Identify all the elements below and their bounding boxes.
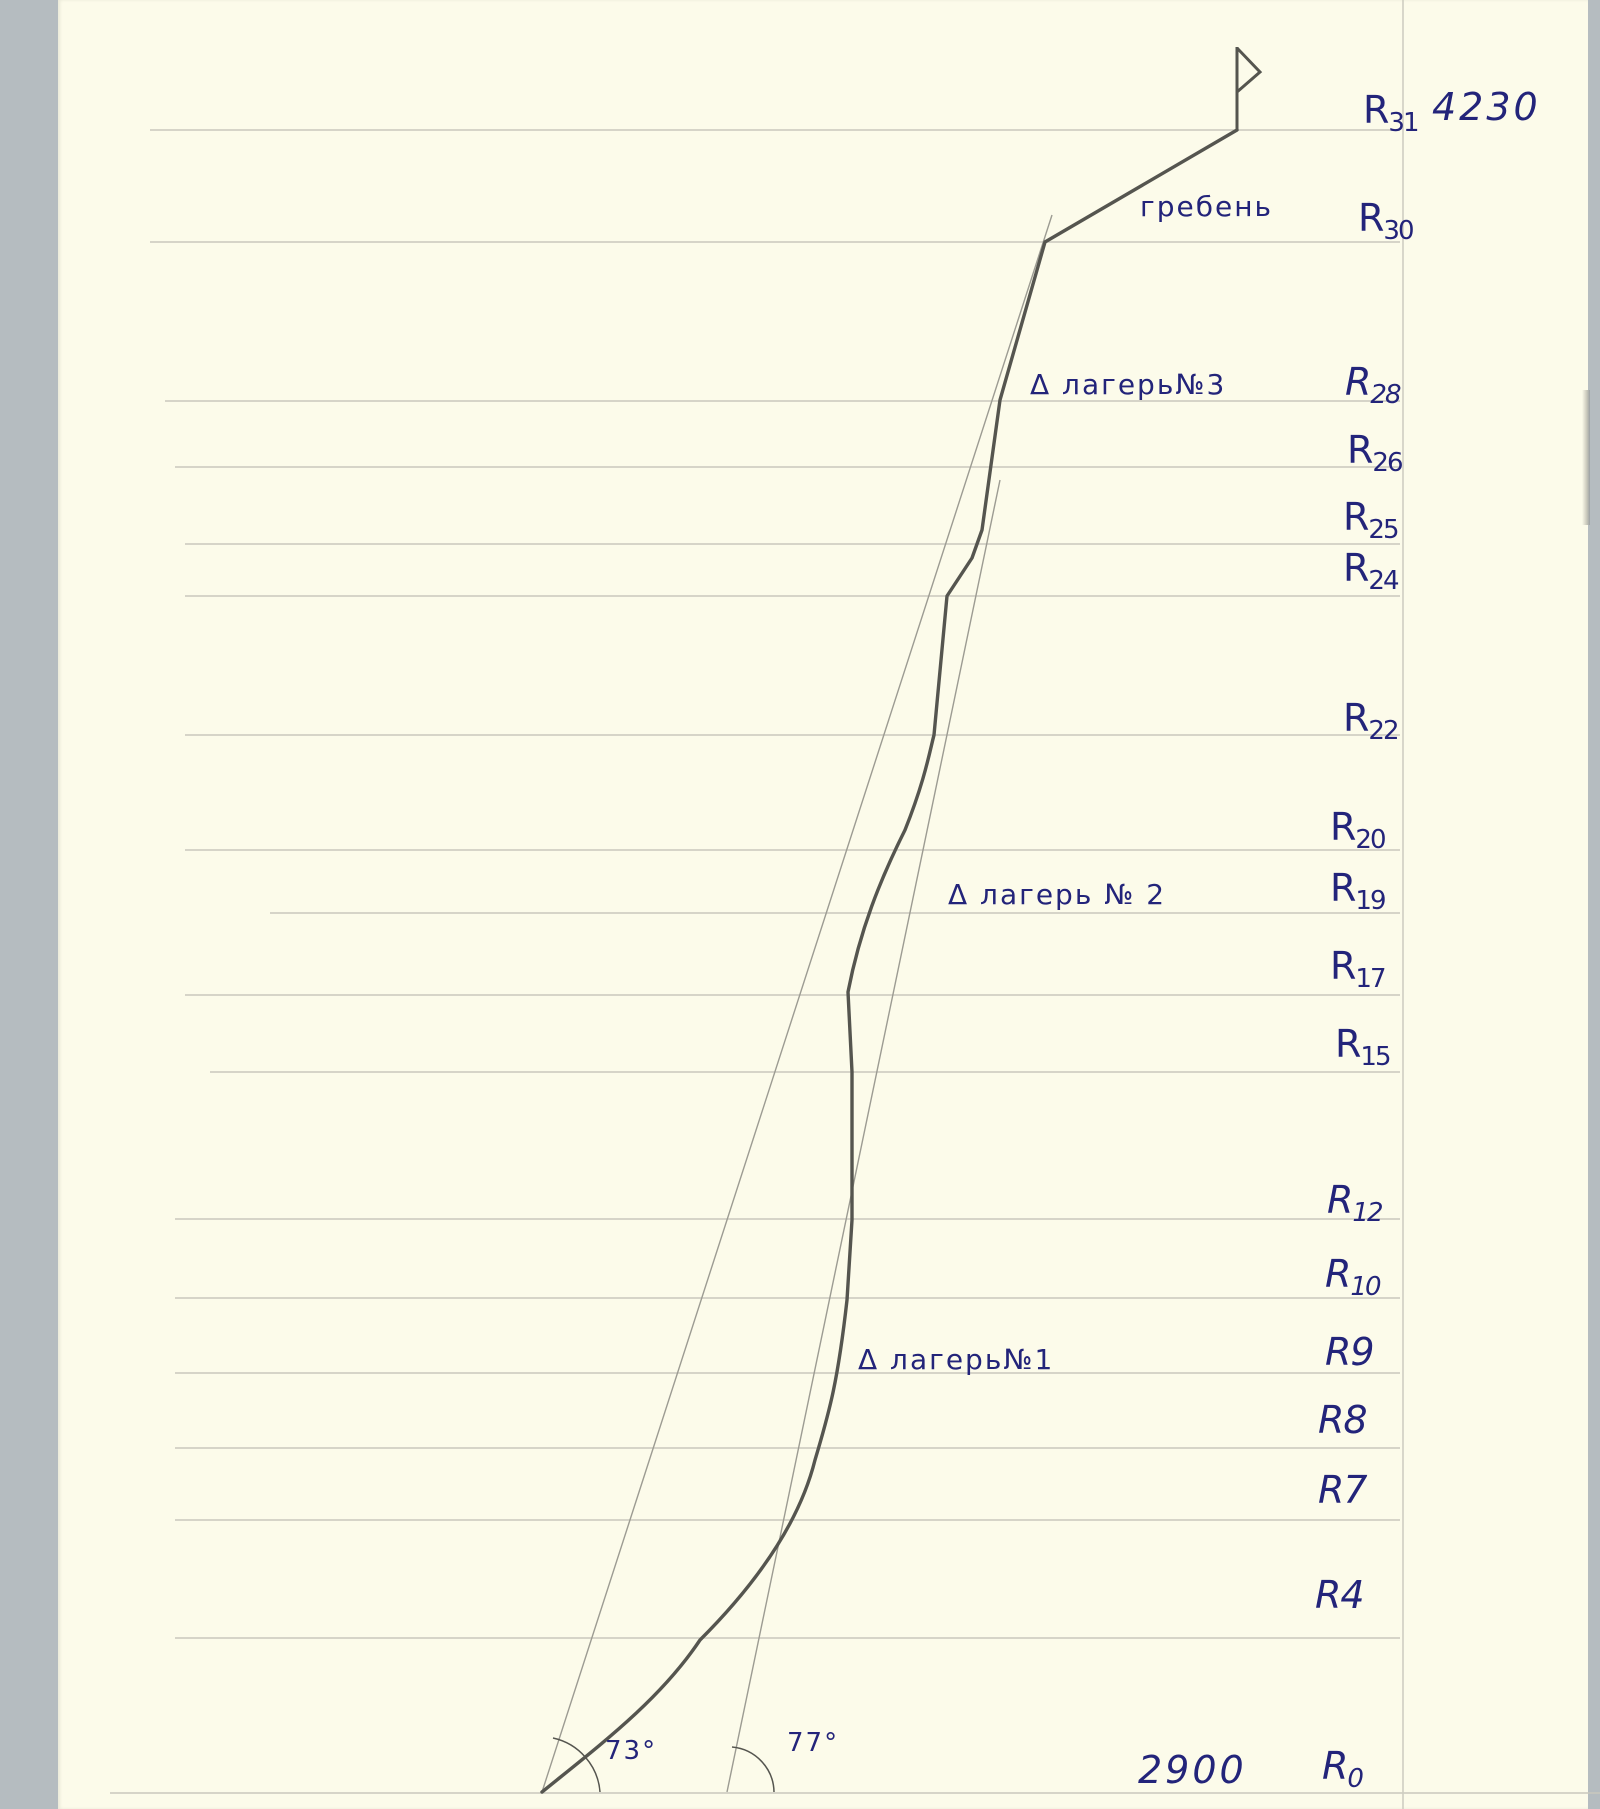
angle-arcs	[553, 1738, 774, 1792]
pitch-label-r20: R20	[1330, 805, 1385, 855]
ridge-label: гребень	[1140, 190, 1273, 223]
angle-arc-77	[732, 1747, 774, 1792]
pitch-label-r7: R7	[1318, 1468, 1367, 1512]
angle-label-77: 77°	[787, 1728, 839, 1758]
pitch-label-r24: R24	[1343, 546, 1398, 596]
pitch-label-r15: R15	[1335, 1022, 1390, 1072]
pitch-label-r17: R17	[1330, 944, 1385, 994]
pitch-label-r8: R8	[1318, 1398, 1367, 1442]
pitch-label-r4: R4	[1315, 1573, 1364, 1617]
pitch-label-r30: R30	[1358, 196, 1413, 246]
pitch-label-r9: R9	[1325, 1330, 1374, 1374]
camp-2-label: Δ лагерь № 2	[948, 878, 1166, 911]
angle-label-73: 73°	[605, 1736, 657, 1766]
pitch-label-r31: R31	[1363, 88, 1418, 138]
pitch-label-r19: R19	[1330, 866, 1385, 916]
pitch-label-r0: R0	[1322, 1744, 1362, 1794]
pitch-label-r26: R26	[1347, 428, 1402, 478]
pitch-label-r25: R25	[1343, 495, 1398, 545]
camp-3-label: Δ лагерь№3	[1030, 368, 1226, 401]
base-altitude: 2900	[1138, 1748, 1247, 1792]
pitch-label-r12: R12	[1327, 1178, 1382, 1228]
flag-icon	[1237, 47, 1260, 130]
camp-1-label: Δ лагерь№1	[858, 1343, 1054, 1376]
angle-guide-lines	[542, 215, 1052, 1792]
pitch-label-r28: R28	[1345, 360, 1400, 410]
summit-altitude: 4230	[1432, 85, 1541, 129]
pitch-label-r22: R22	[1343, 696, 1398, 746]
pitch-label-r10: R10	[1325, 1252, 1380, 1302]
